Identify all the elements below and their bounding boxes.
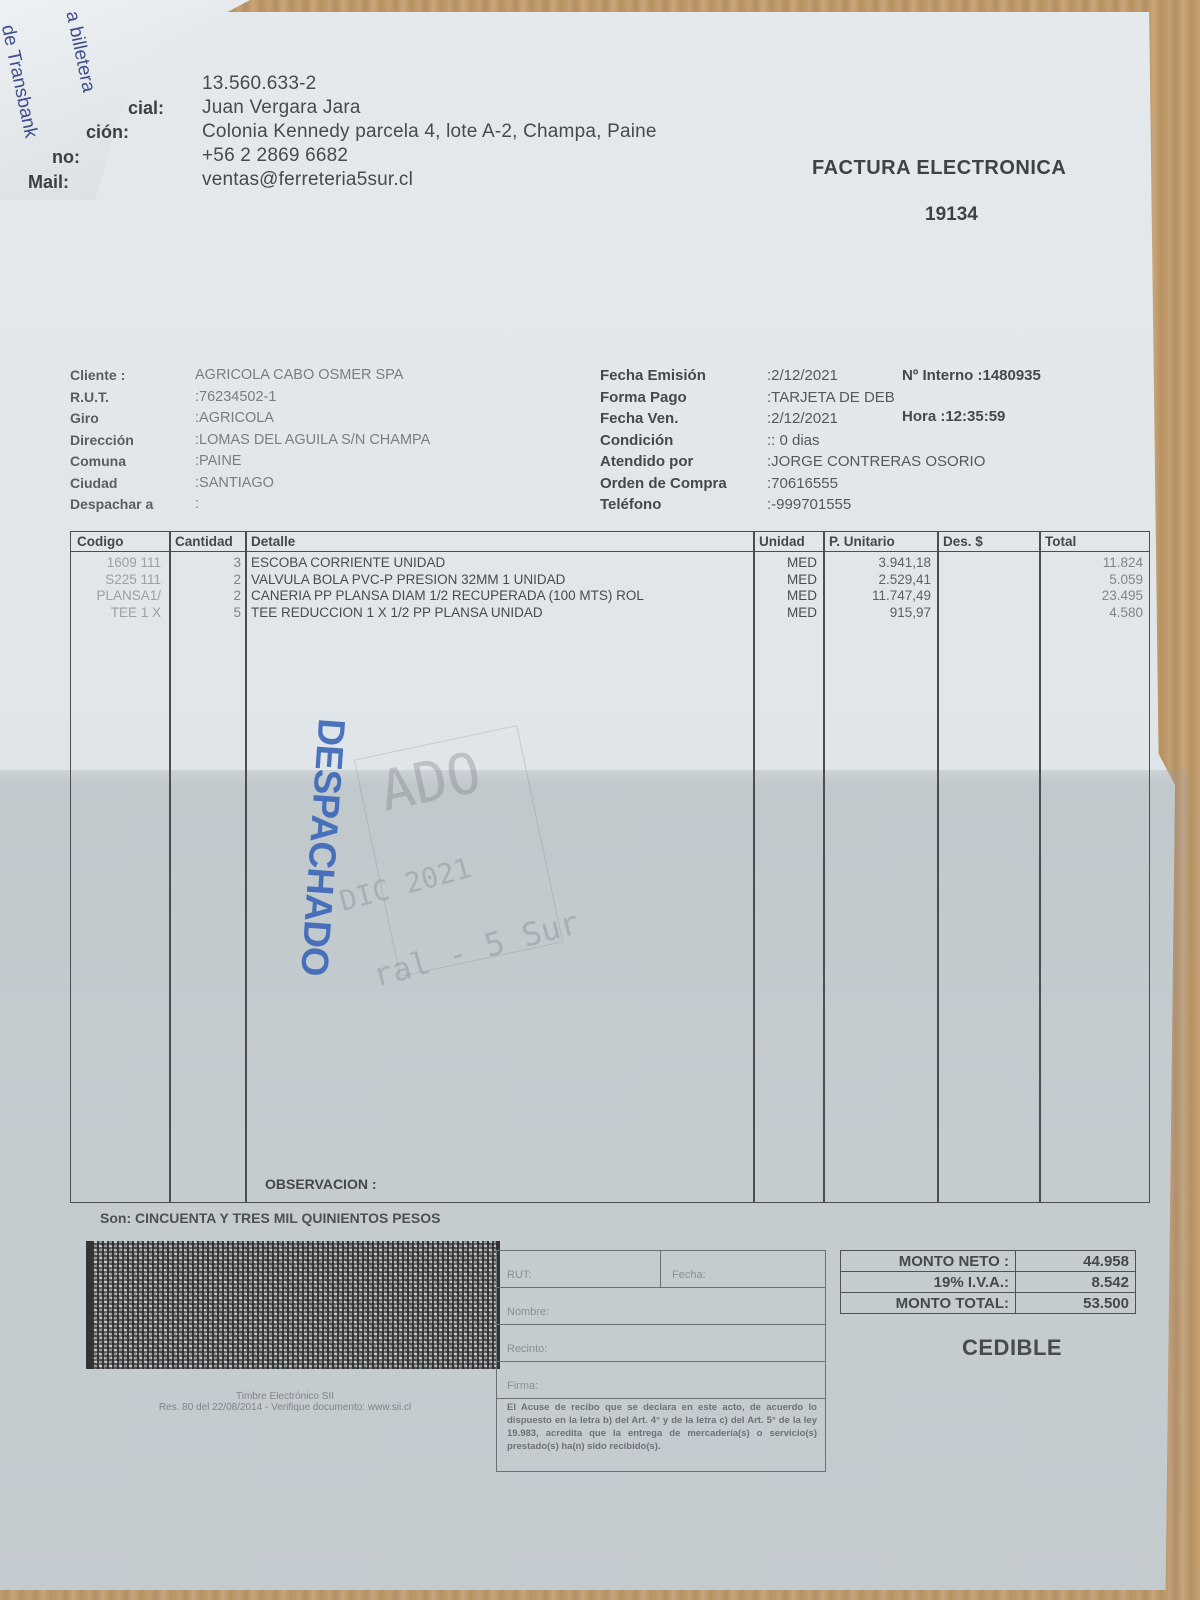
document-number: 19134 <box>925 204 978 226</box>
detail-field-label: Atendido por <box>600 451 727 473</box>
column-divider <box>169 532 171 1202</box>
column-divider <box>937 532 939 1202</box>
ack-divider <box>660 1251 661 1287</box>
cell-p-unitario: 915,97 <box>831 605 931 622</box>
cell-p-unitario: 2.529,41 <box>831 572 931 589</box>
client-field-label: Despachar a <box>70 494 153 516</box>
issuer-razon-social: Juan Vergara Jara <box>202 96 657 120</box>
total-value: 53.500 <box>1016 1293 1136 1314</box>
client-field-label: Comuna <box>70 451 153 473</box>
observation-label: OBSERVACION : <box>265 1176 377 1192</box>
totals-table: MONTO NETO :44.958 19% I.V.A.:8.542 MONT… <box>840 1250 1136 1314</box>
ack-firma-label: Firma: <box>507 1380 538 1392</box>
client-field-label: Cliente : <box>70 365 153 387</box>
cell-detalle: TEE REDUCCION 1 X 1/2 PP PLANSA UNIDAD <box>251 605 543 622</box>
ack-fecha-label: Fecha: <box>672 1269 706 1281</box>
cell-cantidad: 5 <box>169 605 241 622</box>
client-field-value: :LOMAS DEL AGUILA S/N CHAMPA <box>195 430 430 452</box>
detail-field-value: :JORGE CONTRERAS OSORIO <box>767 451 985 473</box>
cell-detalle: CANERIA PP PLANSA DIAM 1/2 RECUPERADA (1… <box>251 588 644 605</box>
client-field-value: : <box>195 494 430 516</box>
detail-field-value: :70616555 <box>767 473 985 495</box>
header-detalle: Detalle <box>245 532 753 552</box>
items-table: Codigo Cantidad Detalle Unidad P. Unitar… <box>70 531 1150 1203</box>
cell-codigo: 1609 111 <box>75 555 161 572</box>
issuer-rut: 13.560.633-2 <box>202 72 657 96</box>
total-label: MONTO TOTAL: <box>841 1293 1016 1314</box>
document-type: FACTURA ELECTRONICA <box>812 157 1066 180</box>
cell-total: 23.495 <box>1043 588 1143 605</box>
column-divider <box>1039 532 1041 1202</box>
amount-in-words: Son: CINCUENTA Y TRES MIL QUINIENTOS PES… <box>100 1210 440 1226</box>
sii-electronic-stamp-barcode <box>86 1241 500 1369</box>
flyer-line: de Transbank <box>0 23 52 190</box>
issuer-label-direccion: ción: <box>86 120 129 144</box>
issuer-label-mail: Mail: <box>28 170 69 194</box>
internal-number: Nº Interno :1480935 <box>902 365 1041 387</box>
cell-cantidad: 3 <box>169 555 241 572</box>
client-values: AGRICOLA CABO OSMER SPA:76234502-1:AGRIC… <box>195 365 430 516</box>
cell-detalle: ESCOBA CORRIENTE UNIDAD <box>251 555 445 572</box>
detail-field-label: Orden de Compra <box>600 473 727 495</box>
client-field-label: Dirección <box>70 430 153 452</box>
cell-unidad: MED <box>757 555 817 572</box>
ack-row-firma: Firma: <box>497 1362 825 1399</box>
detail-values: :2/12/2021:TARJETA DE DEB:2/12/2021:: 0 … <box>767 365 985 516</box>
client-field-value: :AGRICOLA <box>195 408 430 430</box>
cell-codigo: PLANSA1/ <box>75 588 161 605</box>
issuer-label-telefono: no: <box>52 145 80 169</box>
cell-total: 11.824 <box>1043 555 1143 572</box>
ack-row-rut: RUT: Fecha: <box>497 1251 825 1288</box>
issuer-label-razon-social: cial: <box>128 96 164 120</box>
issuer-block: 13.560.633-2 Juan Vergara Jara Colonia K… <box>202 72 657 192</box>
cell-p-unitario: 3.941,18 <box>831 555 931 572</box>
cell-cantidad: 2 <box>169 588 241 605</box>
ack-rut-label: RUT: <box>507 1269 531 1281</box>
cedible-label: CEDIBLE <box>962 1335 1062 1361</box>
timbre-resolution: Res. 80 del 22/08/2014 - Verifique docum… <box>110 1402 460 1413</box>
client-field-label: Ciudad <box>70 473 153 495</box>
total-row-neto: MONTO NETO :44.958 <box>841 1251 1136 1272</box>
header-unidad: Unidad <box>753 532 823 552</box>
total-row-iva: 19% I.V.A.:8.542 <box>841 1272 1136 1293</box>
column-divider <box>753 532 755 1202</box>
acknowledgment-box: RUT: Fecha: Nombre: Recinto: Firma: El A… <box>496 1250 826 1472</box>
detail-field-value: :TARJETA DE DEB <box>767 387 985 409</box>
total-value: 8.542 <box>1016 1272 1136 1293</box>
header-codigo: Codigo <box>71 532 169 552</box>
header-descuento: Des. $ <box>937 532 1039 552</box>
ack-recinto-label: Recinto: <box>507 1343 547 1355</box>
cell-codigo: S225 111 <box>75 572 161 589</box>
ack-legal-text: El Acuse de recibo que se declara en est… <box>507 1401 817 1453</box>
cell-unidad: MED <box>757 588 817 605</box>
cell-p-unitario: 11.747,49 <box>831 588 931 605</box>
cell-cantidad: 2 <box>169 572 241 589</box>
detail-field-value: :-999701555 <box>767 494 985 516</box>
client-field-value: :76234502-1 <box>195 387 430 409</box>
ack-nombre-label: Nombre: <box>507 1306 549 1318</box>
issuer-address: Colonia Kennedy parcela 4, lote A-2, Cha… <box>202 120 657 144</box>
detail-field-label: Teléfono <box>600 494 727 516</box>
total-row-total: MONTO TOTAL:53.500 <box>841 1293 1136 1314</box>
client-field-label: R.U.T. <box>70 387 153 409</box>
header-total: Total <box>1039 532 1149 552</box>
detail-field-label: Fecha Emisión <box>600 365 727 387</box>
client-field-value: AGRICOLA CABO OSMER SPA <box>195 365 430 387</box>
total-label: 19% I.V.A.: <box>841 1272 1016 1293</box>
issuer-phone: +56 2 2869 6682 <box>202 144 657 168</box>
timbre-title: Timbre Electrónico SII <box>110 1391 460 1402</box>
cell-unidad: MED <box>757 572 817 589</box>
client-field-value: :PAINE <box>195 451 430 473</box>
issue-time: Hora :12:35:59 <box>902 406 1005 428</box>
total-label: MONTO NETO : <box>841 1251 1016 1272</box>
detail-field-label: Condición <box>600 430 727 452</box>
client-field-label: Giro <box>70 408 153 430</box>
cell-unidad: MED <box>757 605 817 622</box>
detail-field-value: :: 0 dias <box>767 430 985 452</box>
timbre-caption: Timbre Electrónico SII Res. 80 del 22/08… <box>110 1391 460 1413</box>
client-field-value: :SANTIAGO <box>195 473 430 495</box>
detail-field-label: Fecha Ven. <box>600 408 727 430</box>
cell-total: 5.059 <box>1043 572 1143 589</box>
column-divider <box>823 532 825 1202</box>
total-value: 44.958 <box>1016 1251 1136 1272</box>
cell-total: 4.580 <box>1043 605 1143 622</box>
cell-detalle: VALVULA BOLA PVC-P PRESION 32MM 1 UNIDAD <box>251 572 565 589</box>
client-labels: Cliente :R.U.T.GiroDirecciónComunaCiudad… <box>70 365 153 516</box>
issuer-email: ventas@ferreteria5sur.cl <box>202 168 657 192</box>
ack-row-nombre: Nombre: <box>497 1288 825 1325</box>
header-p-unitario: P. Unitario <box>823 532 937 552</box>
ack-row-recinto: Recinto: <box>497 1325 825 1362</box>
detail-field-label: Forma Pago <box>600 387 727 409</box>
detail-labels: Fecha EmisiónForma PagoFecha Ven.Condici… <box>600 365 727 516</box>
column-divider <box>245 532 247 1202</box>
cell-codigo: TEE 1 X <box>75 605 161 622</box>
header-cantidad: Cantidad <box>169 532 245 552</box>
